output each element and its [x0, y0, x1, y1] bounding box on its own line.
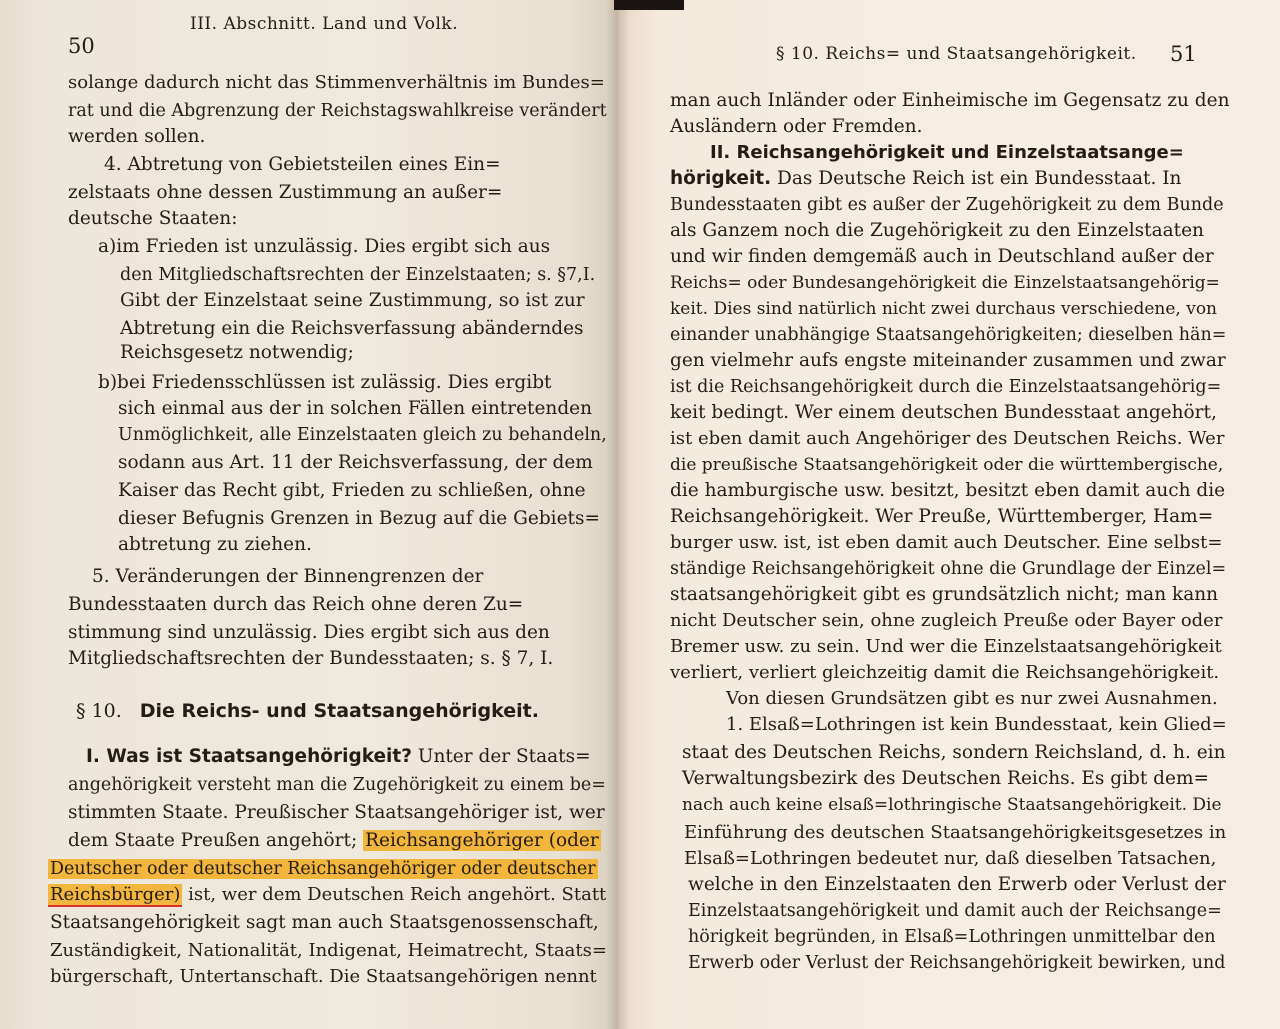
text-line: Verwaltungsbezirk des Deutschen Reichs. …: [682, 766, 1209, 792]
text-line: stimmung sind unzulässig. Dies ergibt si…: [68, 620, 550, 646]
text-line: Zuständigkeit, Nationalität, Indigenat, …: [50, 938, 607, 964]
section-heading: § 10.Die Reichs- und Staatsangehörigkeit…: [76, 700, 539, 722]
highlighted-underlined-text: Reichsbürger): [48, 884, 182, 907]
text-span: ist, wer dem Deutschen Reich angehört. S…: [188, 884, 606, 905]
text-line: die hamburgische usw. besitzt, besitzt e…: [670, 478, 1225, 504]
right-page: § 10. Reichs= und Staatsangehörigkeit. 5…: [618, 0, 1280, 1029]
text-line: Einzelstaatsangehörigkeit und damit auch…: [688, 898, 1222, 924]
right-body-text: man auch Inländer oder Einheimische im G…: [670, 0, 1230, 1029]
text-line: zelstaats ohne dessen Zustimmung an auße…: [68, 180, 502, 206]
text-line: Kaiser das Recht gibt, Frieden zu schlie…: [118, 478, 586, 504]
book-spread: III. Abschnitt. Land und Volk. 50 solang…: [0, 0, 1280, 1029]
text-line: deutsche Staaten:: [68, 206, 237, 232]
text-line: nach auch keine elsaß=lothringische Staa…: [682, 792, 1222, 818]
text-line: hörigkeit. Das Deutsche Reich ist ein Bu…: [670, 166, 1181, 192]
text-line: Reichsangehörigkeit. Wer Preuße, Württem…: [670, 504, 1213, 530]
text-line: Elsaß=Lothringen bedeutet nur, daß diese…: [684, 846, 1216, 872]
text-line: werden sollen.: [68, 124, 205, 150]
text-line: angehörigkeit versteht man die Zugehörig…: [68, 772, 606, 798]
left-body-text: solange dadurch nicht das Stimmenverhält…: [68, 0, 608, 1029]
text-line: staatsangehörigkeit gibt es grundsätzlic…: [670, 582, 1218, 608]
text-line: ist die Reichsangehörigkeit durch die Ei…: [670, 374, 1221, 400]
text-line: Bundesstaaten gibt es außer der Zugehöri…: [670, 192, 1224, 218]
text-line: nicht Deutscher sein, ohne zugleich Preu…: [670, 608, 1222, 634]
text-line: Bundesstaaten durch das Reich ohne deren…: [68, 592, 523, 618]
text-line: Reichs= oder Bundesangehörigkeit die Ein…: [670, 270, 1220, 296]
text-line: abtretung zu ziehen.: [118, 532, 312, 558]
text-line: Abtretung ein die Reichsverfassung abänd…: [120, 316, 584, 342]
highlighted-text: Deutscher oder deutscher Reichsangehörig…: [48, 859, 598, 879]
subsection-heading: II. Reichsangehörigkeit und Einzelstaats…: [710, 140, 1184, 166]
text-line: als Ganzem noch die Zugehörigkeit zu den…: [670, 218, 1204, 244]
text-line: Gibt der Einzelstaat seine Zustimmung, s…: [120, 288, 585, 314]
text-line: 1. Elsaß=Lothringen ist kein Bundesstaat…: [726, 712, 1227, 738]
book-gutter: [606, 0, 630, 1029]
text-line: gen vielmehr aufs engste miteinander zus…: [670, 348, 1226, 374]
text-line: Bremer usw. zu sein. Und wer die Einzels…: [670, 634, 1222, 660]
text-line: a)im Frieden ist unzulässig. Dies ergibt…: [98, 234, 550, 260]
text-line: welche in den Einzelstaaten den Erwerb o…: [688, 872, 1226, 898]
text-line: staat des Deutschen Reichs, sondern Reic…: [682, 740, 1226, 766]
text-line: ist eben damit auch Angehöriger des Deut…: [670, 426, 1224, 452]
text-line: dem Staate Preußen angehört; Reichsangeh…: [68, 828, 601, 854]
text-line: bürgerschaft, Untertanschaft. Die Staats…: [50, 964, 597, 990]
text-line: hörigkeit begründen, in Elsaß=Lothringen…: [688, 924, 1216, 950]
text-line: Reichsgesetz notwendig;: [120, 340, 354, 366]
text-line: Einführung des deutschen Staatsangehörig…: [684, 820, 1226, 846]
text-line: Staatsangehörigkeit sagt man auch Staats…: [50, 910, 599, 936]
text-line: ständige Reichsangehörigkeit ohne die Gr…: [670, 556, 1226, 582]
text-line: stimmten Staate. Preußischer Staatsangeh…: [68, 800, 605, 826]
text-line: dieser Befugnis Grenzen in Bezug auf die…: [118, 506, 600, 532]
subsection-heading-cont: hörigkeit.: [670, 168, 771, 189]
text-span: Das Deutsche Reich ist ein Bundesstaat. …: [777, 168, 1181, 189]
text-line: die preußische Staatsangehörigkeit oder …: [670, 452, 1223, 478]
section-title: Die Reichs- und Staatsangehörigkeit.: [140, 700, 539, 722]
text-line: keit bedingt. Wer einem deutschen Bundes…: [670, 400, 1217, 426]
text-line: b)bei Friedensschlüssen ist zulässig. Di…: [98, 370, 551, 396]
left-page: III. Abschnitt. Land und Volk. 50 solang…: [0, 0, 618, 1029]
text-line: rat und die Abgrenzung der Reichstagswah…: [68, 98, 607, 124]
subsection-heading: I. Was ist Staatsangehörigkeit?: [86, 746, 412, 767]
text-line: Erwerb oder Verlust der Reichsangehörigk…: [688, 950, 1225, 976]
text-line: 4. Abtretung von Gebietsteilen eines Ein…: [104, 152, 501, 178]
text-line: solange dadurch nicht das Stimmenverhält…: [68, 70, 605, 96]
text-line: Von diesen Grundsätzen gibt es nur zwei …: [726, 686, 1218, 712]
text-line: sich einmal aus der in solchen Fällen ei…: [118, 396, 592, 422]
text-line: und wir finden demgemäß auch in Deutschl…: [670, 244, 1214, 270]
text-line: den Mitgliedschaftsrechten der Einzelsta…: [120, 262, 595, 288]
text-line: keit. Dies sind natürlich nicht zwei dur…: [670, 296, 1217, 322]
subsection-first-line: I. Was ist Staatsangehörigkeit? Unter de…: [86, 744, 591, 770]
text-line: 5. Veränderungen der Binnengrenzen der: [92, 564, 483, 590]
text-line: Unmöglichkeit, alle Einzelstaaten gleich…: [118, 422, 607, 448]
text-line: burger usw. ist, ist eben damit auch Deu…: [670, 530, 1222, 556]
section-number: § 10.: [76, 700, 122, 722]
text-line: Ausländern oder Fremden.: [670, 114, 922, 140]
text-line: man auch Inländer oder Einheimische im G…: [670, 88, 1230, 114]
text-line: sodann aus Art. 11 der Reichsverfassung,…: [118, 450, 593, 476]
background-edge: [614, 0, 684, 10]
text-span: Unter der Staats=: [418, 746, 591, 767]
highlighted-text: Reichsangehöriger (oder: [363, 830, 601, 851]
text-line: Deutscher oder deutscher Reichsangehörig…: [48, 856, 598, 882]
text-line: Mitgliedschaftsrechten der Bundesstaaten…: [68, 646, 553, 672]
text-line: einander unabhängige Staatsangehörigkeit…: [670, 322, 1226, 348]
text-span: dem Staate Preußen angehört;: [68, 830, 357, 851]
text-line: Reichsbürger) ist, wer dem Deutschen Rei…: [48, 882, 606, 908]
text-line: verliert, verliert gleichzeitig damit di…: [670, 660, 1219, 686]
